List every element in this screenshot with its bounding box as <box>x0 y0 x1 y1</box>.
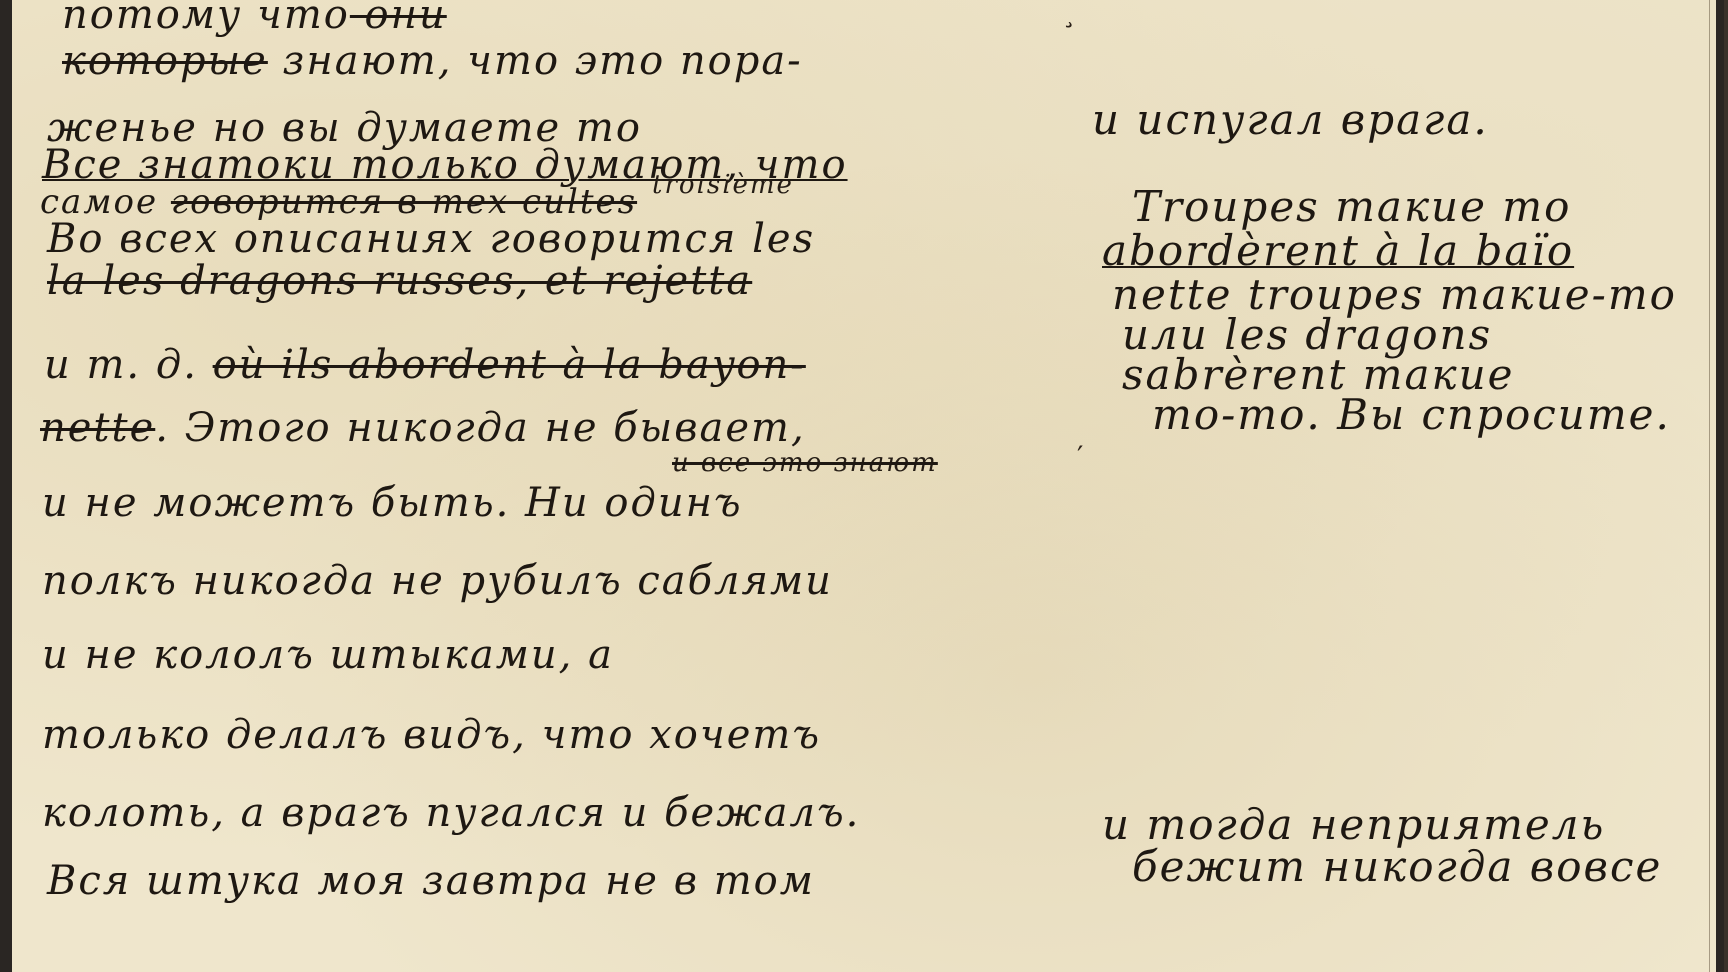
comma-mark: ¸ <box>1062 0 1076 29</box>
manuscript-page: потому что они которые знают, что это по… <box>12 0 1716 972</box>
side-line-1: и испугал врага. <box>1092 95 1489 144</box>
insertion-struck: и все это знают <box>672 448 938 478</box>
manuscript-line-15: Вся штука моя завтра не в том <box>47 858 815 904</box>
line-text: колоть, а врагъ пугался и бежалъ. <box>42 790 860 836</box>
manuscript-line-6: Во всех описаниях говорится les <box>47 216 815 262</box>
side-text: и испугал врага. <box>1092 95 1489 144</box>
side-line-3: abordèrent à la baïo <box>1102 226 1574 275</box>
page-edge <box>1724 0 1728 972</box>
manuscript-line-8: и т. д. où ils abordent à la bayon- <box>44 342 806 388</box>
manuscript-line-2: которые знают, что это пора- <box>62 38 803 84</box>
line-text: Вся штука моя завтра не в том <box>47 858 815 904</box>
manuscript-line-12: и не кололъ штыками, а <box>42 632 614 678</box>
insertion-text: troisième <box>652 170 794 200</box>
struck-text: la les dragons russes, et rejetta <box>47 258 752 304</box>
manuscript-line-9: nette. Этого никогда не бывает, <box>40 405 806 451</box>
manuscript-line-13: только делалъ видъ, что хочетъ <box>42 712 821 758</box>
line-text: только делалъ видъ, что хочетъ <box>42 712 821 758</box>
manuscript-line-10: и не можетъ быть. Ни одинъ <box>42 480 743 526</box>
insertion-text: и все это знают <box>672 448 938 478</box>
line-text: . Этого никогда не бывает, <box>155 405 805 451</box>
manuscript-line-7: la les dragons russes, et rejetta <box>47 258 752 304</box>
manuscript-line-1: потому что они <box>62 0 447 38</box>
insertion-troisieme: troisième <box>652 170 794 200</box>
line-text: и т. д. <box>44 342 213 388</box>
side-line-2: Troupes такие то <box>1132 182 1571 231</box>
side-text: бежит никогда вовсе <box>1132 842 1662 891</box>
struck-text: которые <box>62 38 268 84</box>
manuscript-line-14: колоть, а врагъ пугался и бежалъ. <box>42 790 860 836</box>
side-line-7: то-то. Вы спросите. <box>1152 390 1671 439</box>
line-text: и не можетъ быть. Ни одинъ <box>42 480 743 526</box>
line-text: знают, что это пора- <box>268 38 803 84</box>
side-text: Troupes такие то <box>1132 182 1571 231</box>
apostrophe-mark: ′ <box>1077 440 1083 473</box>
line-text: Во всех описаниях говорится les <box>47 216 815 262</box>
struck-text: où ils abordent à la bayon- <box>213 342 806 388</box>
line-text: потому что <box>62 0 350 38</box>
struck-text: nette <box>40 405 155 451</box>
line-text: полкъ никогда не рубилъ саблями <box>42 558 833 604</box>
side-text: то-то. Вы спросите. <box>1152 390 1671 439</box>
side-text: abordèrent à la baïo <box>1102 226 1574 275</box>
struck-text: они <box>350 0 447 38</box>
side-line-9: бежит никогда вовсе <box>1132 842 1662 891</box>
manuscript-line-11: полкъ никогда не рубилъ саблями <box>42 558 833 604</box>
line-text: и не кололъ штыками, а <box>42 632 614 678</box>
